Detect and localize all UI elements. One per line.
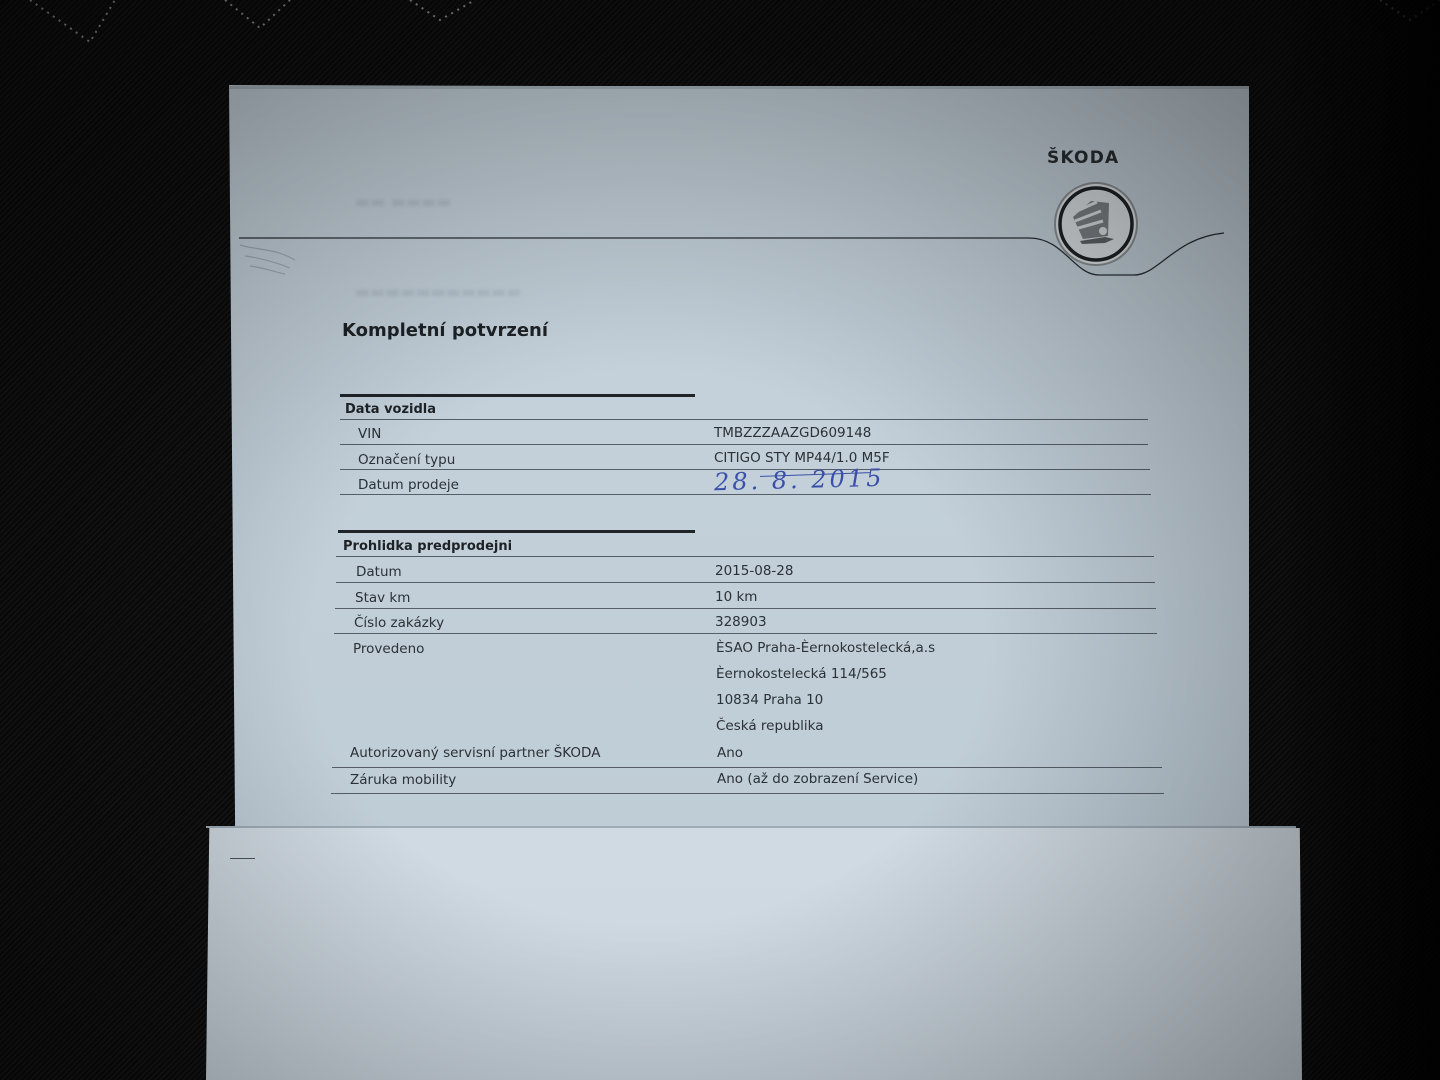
paper-stack-edge: [229, 86, 1249, 89]
row-label: Označení typu: [358, 452, 455, 468]
handwritten-sale-date: 28. 8. 2015: [714, 464, 885, 496]
bleed-through-text: ▬▬ ▬▬▬▬: [355, 192, 451, 211]
header-divider-curve: [229, 225, 1229, 285]
row-divider: [336, 582, 1155, 583]
row-label: Záruka mobility: [350, 772, 456, 788]
fold-line: [206, 826, 1296, 828]
row-label: Datum: [356, 564, 402, 580]
pen-scribble: [235, 240, 315, 280]
inspection-date-value: 2015-08-28: [715, 563, 793, 579]
row-label: Stav km: [355, 590, 410, 606]
row-label: VIN: [358, 426, 381, 442]
section-heading-inspection: Prohlidka predprodejni: [343, 539, 512, 554]
mobility-warranty-value: Ano (až do zobrazení Service): [717, 771, 918, 787]
row-divider: [340, 444, 1148, 445]
vin-value: TMBZZZAAZGD609148: [714, 425, 871, 441]
seat-stitching: [0, 0, 1440, 60]
document-folded-bottom: [206, 828, 1302, 1080]
row-divider: [331, 793, 1164, 794]
row-divider: [336, 556, 1154, 557]
row-divider: [340, 494, 1151, 495]
document-title: Kompletní potvrzení: [342, 320, 548, 341]
background-shadow: [1280, 0, 1440, 1080]
row-divider: [334, 633, 1157, 634]
odometer-value: 10 km: [715, 589, 757, 605]
dealer-country: Česká republika: [716, 718, 824, 734]
dealer-street: Èernokostelecká 114/565: [716, 666, 887, 682]
section-rule: [340, 394, 695, 397]
section-heading-vehicle: Data vozidla: [345, 402, 436, 417]
row-divider: [332, 767, 1162, 768]
row-label: Autorizovaný servisní partner ŠKODA: [350, 745, 600, 761]
fold-mark: [230, 858, 255, 859]
dealer-name: ÈSAO Praha-Èernokostelecká,a.s: [716, 640, 935, 656]
row-label: Datum prodeje: [358, 477, 459, 493]
row-label: Číslo zakázky: [354, 615, 444, 631]
authorized-partner-value: Ano: [717, 745, 743, 761]
row-label: Provedeno: [353, 641, 424, 657]
brand-wordmark: ŠKODA: [1047, 148, 1119, 168]
order-number-value: 328903: [715, 614, 767, 630]
dealer-city: 10834 Praha 10: [716, 692, 823, 708]
row-divider: [335, 608, 1156, 609]
row-divider: [340, 419, 1148, 420]
section-rule: [338, 530, 695, 533]
